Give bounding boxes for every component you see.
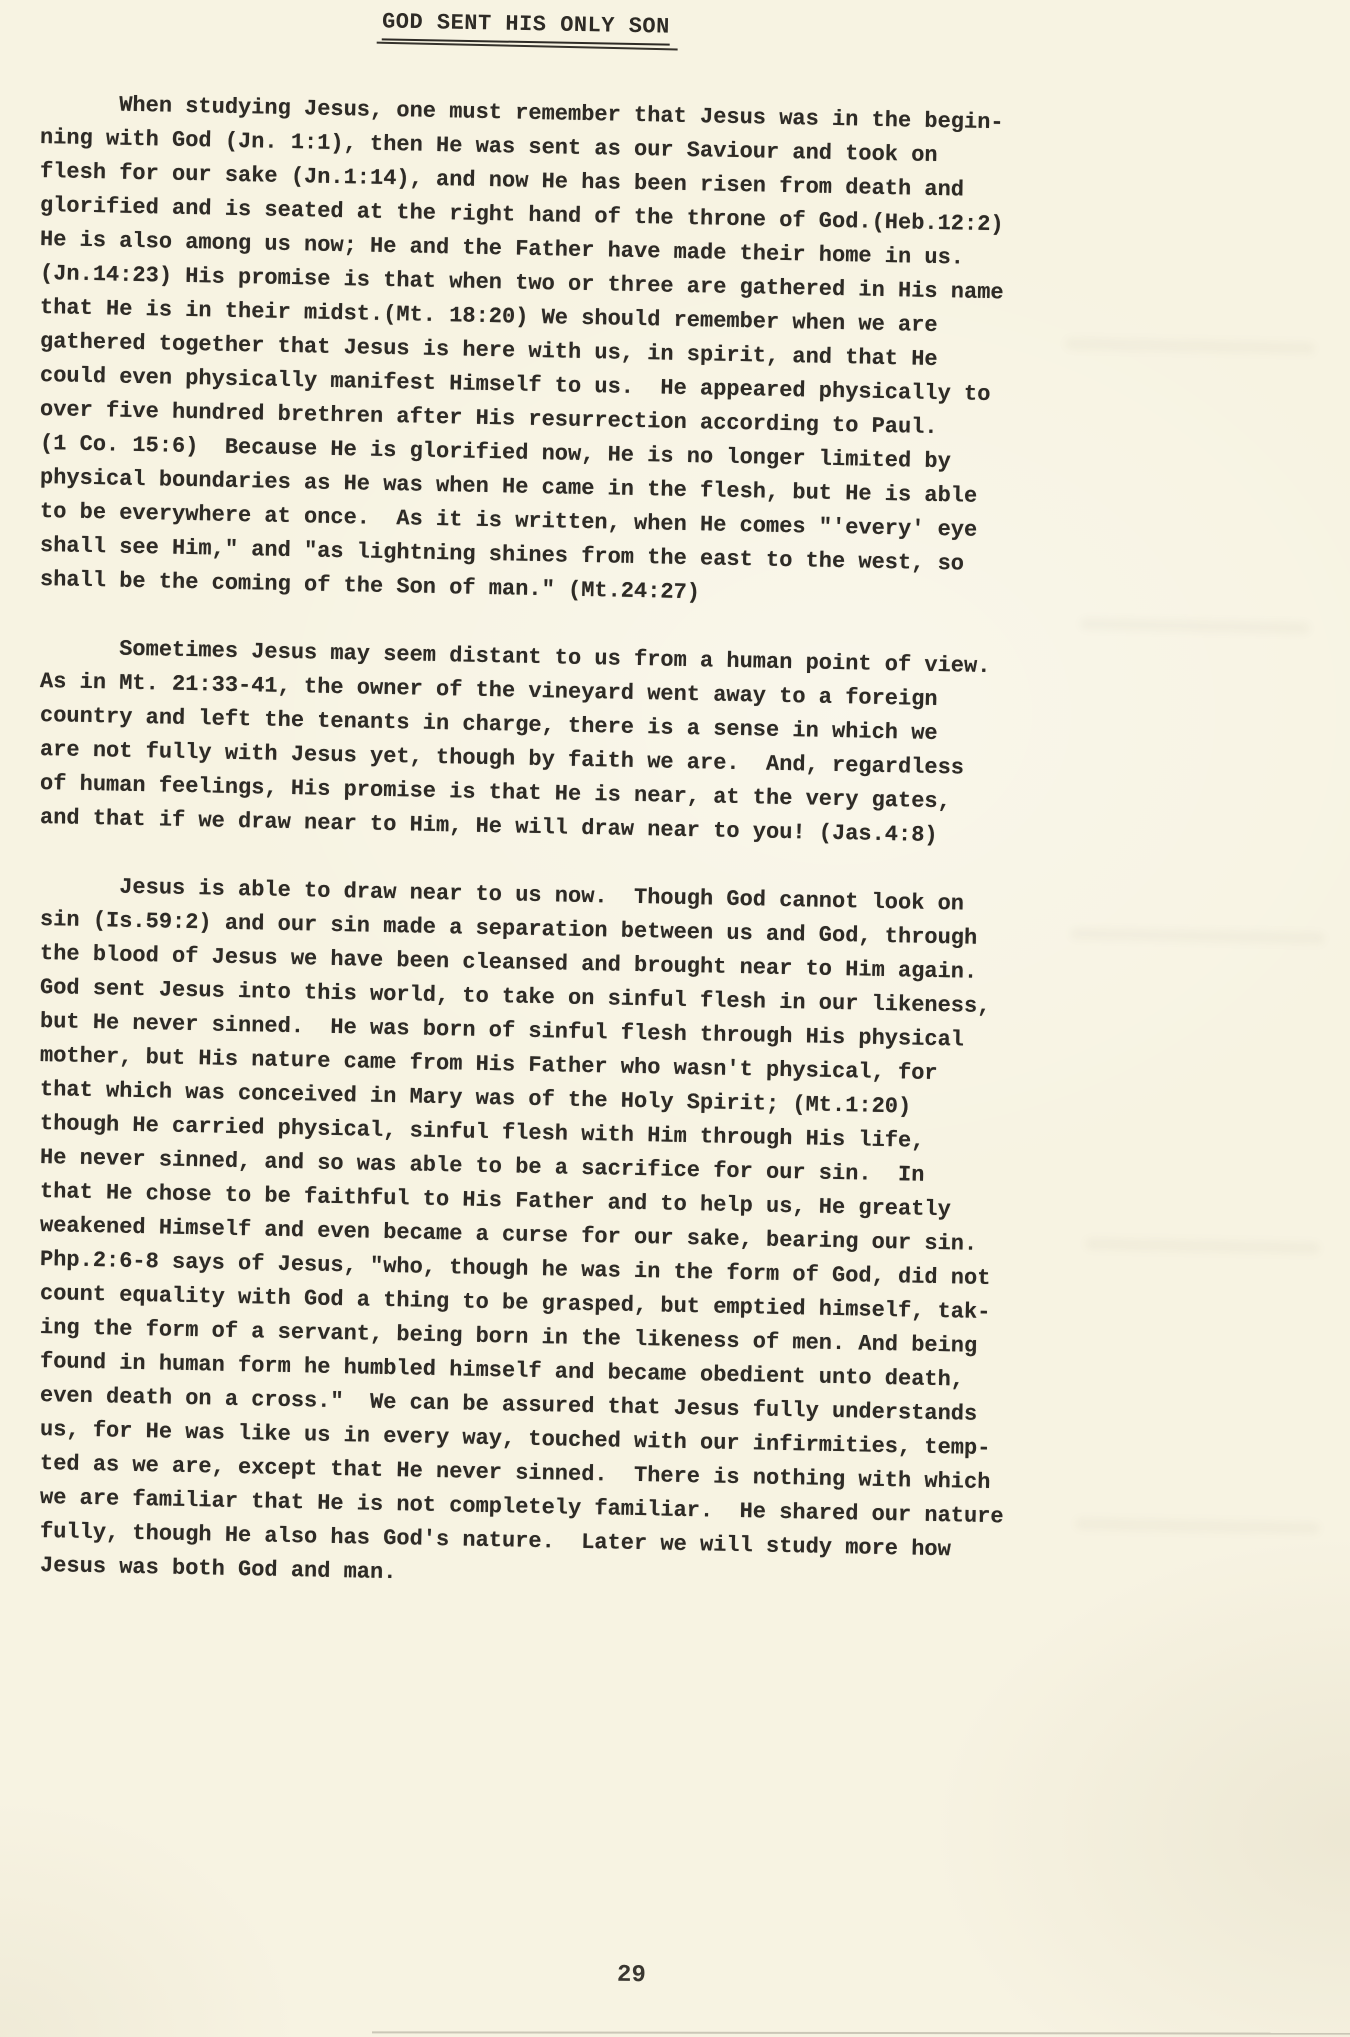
page-title-text: GOD SENT HIS ONLY SON	[381, 9, 669, 45]
paragraph: When studying Jesus, one must remember t…	[40, 87, 1045, 597]
bleed-through-artifact	[1085, 1238, 1320, 1255]
page-title: GOD SENT HIS ONLY SON	[23, 12, 1028, 43]
bleed-through-artifact	[1075, 1518, 1320, 1535]
bleed-through-artifact	[1070, 928, 1325, 945]
paragraph: Sometimes Jesus may seem distant to us f…	[40, 631, 1045, 835]
bleed-through-artifact	[1065, 338, 1315, 355]
scan-edge-line	[372, 2031, 1350, 2034]
body-text: When studying Jesus, one must remember t…	[40, 87, 1045, 1583]
bleed-through-artifact	[1080, 618, 1310, 634]
page-number: 29	[617, 1962, 646, 1989]
text-block: GOD SENT HIS ONLY SON When studying Jesu…	[40, 12, 1045, 1583]
paragraph: Jesus is able to draw near to us now. Th…	[40, 869, 1045, 1583]
document-page: GOD SENT HIS ONLY SON When studying Jesu…	[0, 0, 1350, 2037]
